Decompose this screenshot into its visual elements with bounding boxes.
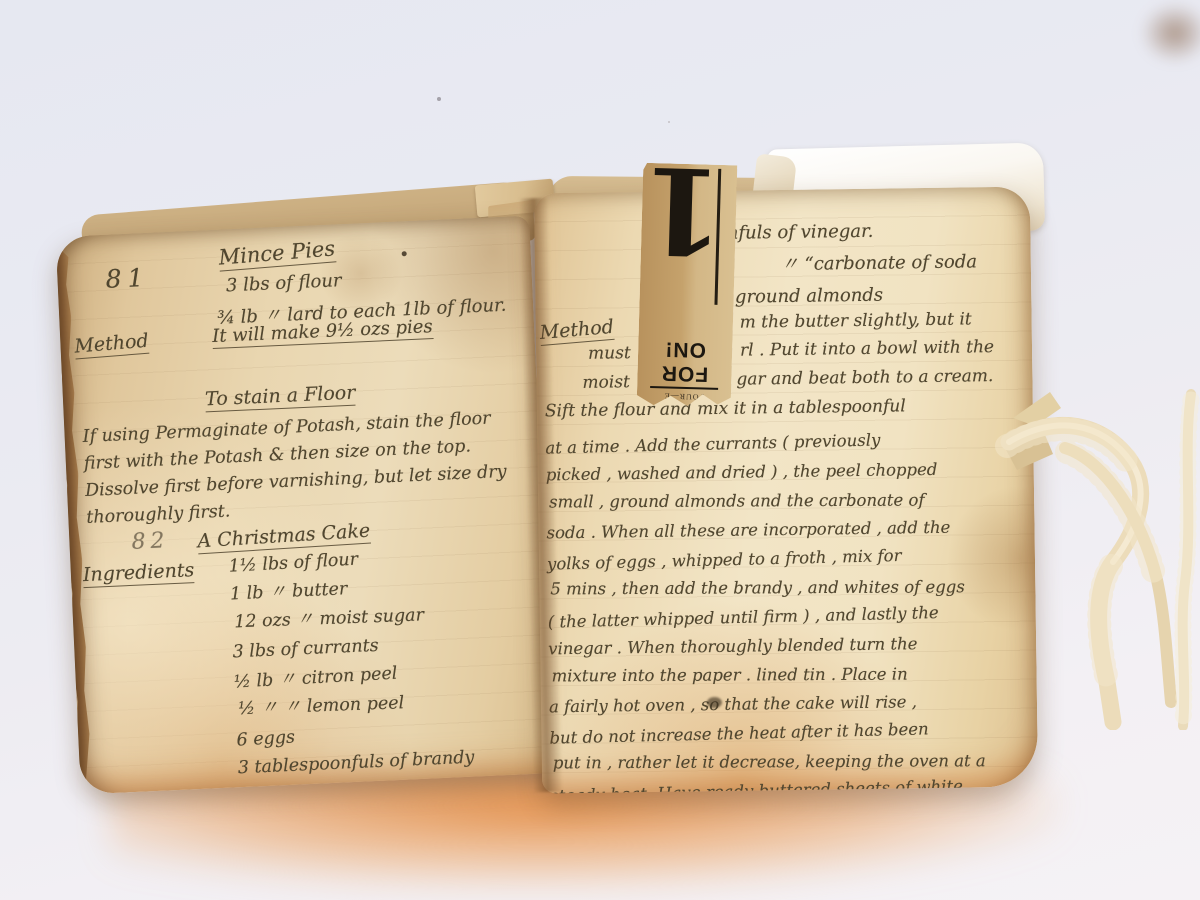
method-label: Method bbox=[74, 330, 150, 360]
line-cream: gar and beat both to a cream. bbox=[736, 366, 993, 390]
recipe-title-mince-pies: Mince Pies bbox=[218, 236, 336, 271]
newspaper-clipping-bookmark: FOUR—E FOR ON! 1 bbox=[637, 163, 738, 408]
line-butter: m the butter slightly, but it bbox=[740, 309, 972, 332]
fabric-strand-fuzz bbox=[1183, 400, 1191, 722]
method-line: small , ground almonds and the carbonate… bbox=[549, 485, 982, 516]
clipping-upside-down-print: FOUR—E FOR ON! 1 bbox=[637, 163, 738, 408]
left-page: 81 Mince Pies 3 lbs of flour ¾ lb 〃 lard… bbox=[56, 216, 555, 795]
method-line: mixture into the paper . lined tin . Pla… bbox=[552, 659, 985, 690]
mince-pies-line1: 3 lbs of flour bbox=[226, 270, 343, 296]
ingredients-label: Ingredients bbox=[82, 559, 194, 588]
page-number-82: 82 bbox=[131, 528, 170, 555]
background-smudge bbox=[1140, 2, 1200, 64]
clipping-large-numeral: 1 bbox=[641, 163, 726, 257]
photo-scene: 81 Mince Pies 3 lbs of flour ¾ lb 〃 lard… bbox=[0, 0, 1200, 900]
cloth-ties bbox=[995, 330, 1200, 730]
clipping-word-on: ON! bbox=[664, 336, 706, 361]
right-page: spoonfuls of vinegar. 〃 “carbonate of so… bbox=[534, 187, 1038, 794]
cloth-fray-fuzz bbox=[1007, 429, 1155, 680]
recipe-title-stain-floor: To stain a Floor bbox=[205, 382, 356, 413]
stain-floor-body: If using Permaginate of Potash, stain th… bbox=[82, 404, 528, 532]
frag-must: must bbox=[588, 343, 631, 364]
dust-specks bbox=[437, 97, 441, 101]
line-bowl: rl . Put it into a bowl with the bbox=[740, 337, 994, 361]
clipping-word-for: FOR bbox=[650, 360, 718, 390]
page-number: 81 bbox=[105, 263, 150, 294]
ingredients-list: 1½ lbs of flour1 lb 〃 butter12 ozs 〃 moi… bbox=[228, 541, 475, 783]
frag-moist: moist bbox=[582, 372, 630, 393]
right-top-line2: 〃 “carbonate of soda bbox=[781, 247, 978, 276]
ink-dot bbox=[402, 251, 407, 256]
method-body-lines: at a time . Add the currants ( previousl… bbox=[545, 425, 983, 793]
